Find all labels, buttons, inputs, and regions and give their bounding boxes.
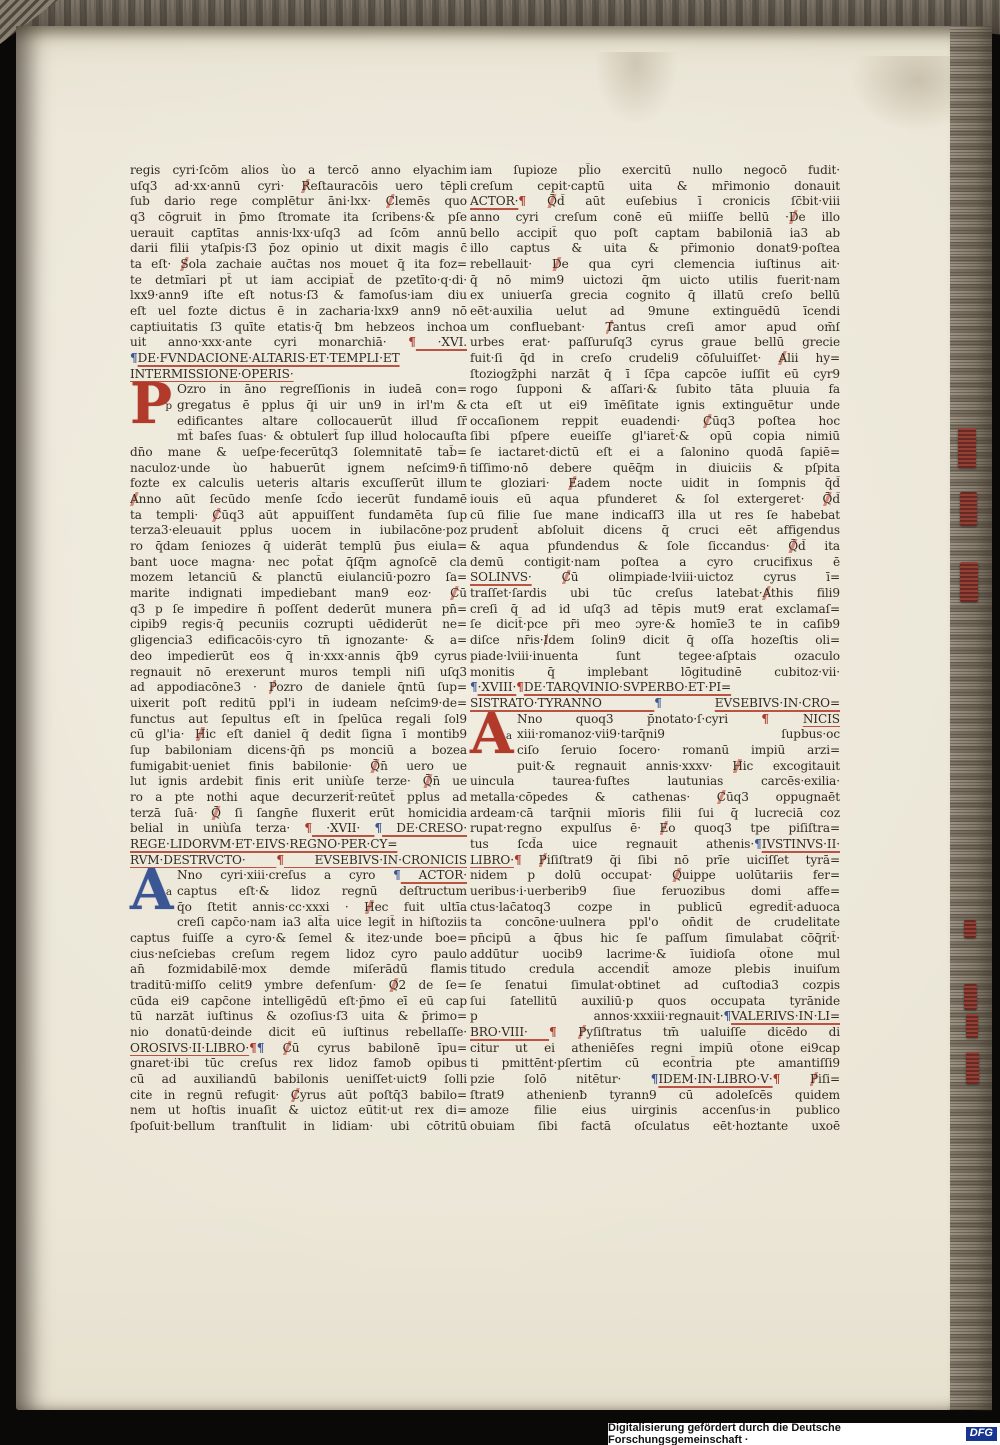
text-line: ¶DE·FVNDACIONE·ALTARIS·ET·TEMPLI·ET — [130, 351, 467, 367]
pilcrow-mark: ¶ — [549, 1025, 578, 1039]
text-line: gregatus ē pplus q̄i uir un9 in irl'm & — [177, 398, 467, 414]
pilcrow-mark: ¶ — [723, 1009, 731, 1023]
rubricated-heading-text: OROSIVS·II·LIBRO· — [130, 1041, 249, 1055]
rubricated-heading-text: LIBRO· — [470, 853, 514, 867]
highlighted-capital: Q̄ — [823, 492, 833, 506]
text-line: diſce nr̄is·Idem ſolin9 dicit q̄ oſſa ho… — [470, 633, 840, 649]
text-line: ſup babiloniam dicens·q̄n̄ ps monciū a b… — [130, 743, 467, 759]
text-line: LIBRO·¶ Piſiſtrat9 q̄i ſibi nō prīe uici… — [470, 853, 840, 869]
paragraph-block: PpOzro in āno regreſſionis in iudeā con=… — [130, 382, 467, 868]
highlighted-capital: H — [195, 727, 205, 741]
text-line: creſum cepit·captū uita & mr̄imonio dona… — [470, 179, 840, 195]
text-line: SOLINVS· Cū olimpiade·lviii·uictoz cyrus… — [470, 570, 840, 586]
text-line: traditū·miſſo celit9 ymbre defenſum· Q2 … — [130, 978, 467, 994]
highlighted-capital: C — [386, 194, 395, 208]
text-line: captiuitatis ſ3 quīte etatis·q̄ ƀm hebze… — [130, 320, 467, 336]
text-line: fumigabit·ueniet finis babilonie· Q̄n̄ u… — [130, 759, 467, 775]
text-line: ro q̄dam ſeniozes q̄ uiderāt templū p̄us… — [130, 539, 467, 555]
highlighted-capital: C — [450, 586, 459, 600]
text-line: ACTOR·¶ Q̄d̄ aūt euſebius ī cronicis ſc̄… — [470, 194, 840, 210]
highlighted-capital: P — [810, 1072, 818, 1086]
text-line: captus eſt·& lidoz regnū deſtructum — [177, 884, 467, 900]
text-line: Anno aūt ſecūdo menſe ſcd̄o iecerūt fund… — [130, 492, 467, 508]
text-line: darii filii ytaſpis·ſ3 p̄oz opinio ut di… — [130, 241, 467, 257]
text-line: dn̄o mane & ueſpe·fecerūtq3 ſolemnitatē … — [130, 445, 467, 461]
guide-letter: a — [166, 886, 172, 898]
illuminated-initial-a: Aa — [470, 713, 512, 761]
text-line: cipib9 regis·q̄ pecuniis cozrupti uēdide… — [130, 617, 467, 633]
rubricated-heading-text: EVSEBIVS·IN·CRO= — [715, 696, 840, 710]
text-line: traſſet·ſardis ubi tūc creſus latebat·At… — [470, 586, 840, 602]
text-line: ſtoziogz̄phi narzāt q̄ ī ſc̄pa capcōe iu… — [470, 367, 840, 383]
rubricated-heading-text: REGE·LIDORVM·ET·EIVS·REGNO·PER·CY= — [130, 837, 397, 851]
rubricated-heading-text: ACTOR· — [470, 194, 518, 208]
text-line: ciſo ſeruio ſocero· romanū impiū arzi= — [517, 743, 840, 759]
pilcrow-mark: ¶ — [773, 1072, 810, 1086]
text-line: ¶·XVIII·¶DE·TARQVINIO·SVPERBO·ET·PI= — [470, 680, 840, 696]
text-line: gligencia3 edificacōis·cyro tn̄ ignozant… — [130, 633, 467, 649]
fore-edge-tab — [960, 492, 977, 526]
highlighted-capital: Q — [389, 978, 399, 992]
text-line: mozem letanciū & planctū eiulanciū·pozro… — [130, 570, 467, 586]
highlighted-capital: C — [291, 1088, 300, 1102]
text-line: ſpoſuit·bellum tranſtulit in lidiam· ubi… — [130, 1119, 467, 1135]
pilcrow-mark: ¶ — [374, 821, 382, 835]
text-line: creſi q̄ ad id uſq3 ad tēpis mut9 erat e… — [470, 602, 840, 618]
text-line: ſe dicit̄·pce pr̄i meo ɔyre·& homīe3 te … — [470, 617, 840, 633]
text-line: demū contigit·nam poſtea a cyro crucifix… — [470, 555, 840, 571]
digitization-footer: Digitalisierung gefördert durch die Deut… — [608, 1423, 1000, 1445]
fore-edge-tab — [958, 428, 976, 468]
text-line: rupat·regno expulſus ē· Eo quoq3 tpe piſ… — [470, 821, 840, 837]
text-line: cū filie ſue mane indicaſſ3 illa ut res … — [470, 508, 840, 524]
text-line: ta concōne·uulnera ppl'o on̄dit de crude… — [470, 915, 840, 931]
fore-edge-tab — [964, 984, 977, 1010]
text-line: BRO·VIII· ¶ Pyſiſtratus tm̄ ualuiſſe dic… — [470, 1025, 840, 1041]
rubricated-heading-text: EVSEBIVS·IN·CRONICIS — [284, 853, 467, 867]
text-line: ti pmittēnt·pſertim cū econt̄ria pte ama… — [470, 1056, 840, 1072]
pilcrow-mark: ¶ — [761, 712, 802, 726]
highlighted-capital: H — [732, 759, 742, 773]
text-line: & aqua pfundendus & ſole ſiccandus· Q̄d̄… — [470, 539, 840, 555]
text-line: terza3·eleuauit pplus uocem in iubilacōn… — [130, 523, 467, 539]
text-line: regis cyri·ſcōm alios ùo a tercō anno el… — [130, 163, 467, 179]
text-column-left: regis cyri·ſcōm alios ùo a tercō anno el… — [130, 163, 467, 1135]
highlighted-capital: Q̄ — [423, 774, 433, 788]
text-line: cū ad auxiliandū babilonis ueniſſet·uict… — [130, 1072, 467, 1088]
text-line: marite indignati impediebant man9 eoz· C… — [130, 586, 467, 602]
text-line: ex uniuerſa grecia cognito q̄ illatū cre… — [470, 288, 840, 304]
text-line: ardeam·cā tarq̄nii mīoris filii ſui q̄ l… — [470, 806, 840, 822]
fore-edge-tab — [966, 1014, 978, 1038]
text-line: ſui ſatellitū auxiliū·p quos occupata ty… — [470, 994, 840, 1010]
text-line: iam ſupioze pl̄io exercitū nullo negocō … — [470, 163, 840, 179]
text-line: cite in regnū refugit· Cyrus aūt poſtq̄3… — [130, 1088, 467, 1104]
pilcrow-mark: ¶ — [276, 853, 284, 867]
text-line: edificantes altare collocauerūt illud ſr… — [177, 414, 467, 430]
text-line: creſi capc̄o·nam ia3 alt̄a uice legit̄ i… — [177, 915, 467, 931]
pilcrow-mark: ¶ — [754, 837, 762, 851]
text-line: rebellauit· De qua cyri clemencia iuſtin… — [470, 257, 840, 273]
text-line: p annos·xxxiii·regnauit·¶VALERIVS·IN·LI= — [470, 1009, 840, 1025]
text-line: anno cyri creſum conē eū miiſſe bellū ·D… — [470, 210, 840, 226]
text-line: fozte ex calculis ueteris altaris excuſſ… — [130, 476, 467, 492]
text-line: q3 p ſe impedire n̄ poſſent dederūt mune… — [130, 602, 467, 618]
highlighted-capital: E — [660, 821, 669, 835]
text-line: piade·lviii·inuenta ſunt tegee·aſptais o… — [470, 649, 840, 665]
text-line: q̄ nō mim9 uictozi q̄m uicto utilis fuer… — [470, 273, 840, 289]
text-line: addūtur uocib9 lacrime·& īuidioſa ot̄one… — [470, 947, 840, 963]
text-line: mt̄ baſes ſuas· & obtulert̄ ſup illud ho… — [177, 429, 467, 445]
text-line: rogo ſupponi & aſſari·& ſubito tāta pluu… — [470, 382, 840, 398]
text-line: an̄ fozmidabilē·mox demde miſerādū flami… — [130, 962, 467, 978]
fore-edge-tab — [960, 562, 978, 602]
book-fore-edge — [950, 26, 992, 1410]
pilcrow-mark: ¶ — [257, 1041, 283, 1055]
text-line: pn̄cipū a q̄bus hic ſe paſſum ſimulabat … — [470, 931, 840, 947]
text-line: ſibi pſpere eueiſſe gl'iaret̄·& opū copi… — [470, 429, 840, 445]
text-line: SISTRATO·TYRANNO ¶ EVSEBIVS·IN·CRO= — [470, 696, 840, 712]
highlighted-capital: C — [283, 1041, 292, 1055]
rubricated-heading-text: DE·FVNDACIONE·ALTARIS·ET·TEMPLI·ET — [138, 351, 400, 365]
text-line: lut ignis ardebit finis erit uniùſe terz… — [130, 774, 467, 790]
text-line: deo impedierūt eos q̄ in·xxx·annis q̄b9 … — [130, 649, 467, 665]
text-line: bello accipit̄ quo poſt captam babiloniā… — [470, 226, 840, 242]
text-line: ſub dario rege complētur āni·lxx· Clemēs… — [130, 194, 467, 210]
pilcrow-mark: ¶ — [518, 194, 547, 208]
text-line: functus aut ſepultus eſt in ſpelūca rega… — [130, 712, 467, 728]
text-line: ta eſt· Sola zachaie auc̄tas nos mouet q… — [130, 257, 467, 273]
text-line: OROSIVS·II·LIBRO·¶¶ Cū cyrus babilonē īp… — [130, 1041, 467, 1057]
text-line: cta eſt ut ei9 īmēſitate ignis extinguēt… — [470, 398, 840, 414]
digitization-note: Digitalisierung gefördert durch die Deut… — [608, 1422, 961, 1445]
text-line: REGE·LIDORVM·ET·EIVS·REGNO·PER·CY= — [130, 837, 467, 853]
text-line: regnauit nō erexerunt muros templi niſi … — [130, 665, 467, 681]
text-line: uixerit poſt reditū ppl'i in iudeam neſc… — [130, 696, 467, 712]
rubricated-heading-text: DE·CRESO· — [382, 821, 467, 835]
text-line: amoze filie eius uirginis accenſus·in pu… — [470, 1103, 840, 1119]
text-line: um confluebant· Tantus creſi amor apud o… — [470, 320, 840, 336]
text-line: nem ut hoſtis inuaſit & uictoz eūtit·ut … — [130, 1103, 467, 1119]
text-line: belial in uniùſa terza· ¶ ·XVII· ¶ DE·CR… — [130, 821, 467, 837]
highlighted-capital: P — [539, 853, 547, 867]
paragraph-block: iam ſupioze pl̄io exercitū nullo negocō … — [470, 163, 840, 712]
text-line: puit·& regnauit annis·xxxv· Hic excogita… — [517, 759, 840, 775]
rubricated-heading-text: ·XVII· — [312, 821, 374, 835]
text-line: nidem p dolū occupat· Quippe uolūtariis … — [470, 868, 840, 884]
paragraph-block: regis cyri·ſcōm alios ùo a tercō anno el… — [130, 163, 467, 382]
text-line: uit anno·xxx·ante cyri monarchiā· ¶ ·XVI… — [130, 335, 467, 351]
rubricated-heading-text: VALERIVS·IN·LI= — [731, 1009, 840, 1023]
text-line: tus ſcd̄a uice regnauit athenis·¶IVSTINV… — [470, 837, 840, 853]
illuminated-initial-a: Aa — [130, 869, 172, 917]
text-line: uincula taurea·fuſtes lautunias carcēs·e… — [470, 774, 840, 790]
highlighted-capital: E — [568, 476, 577, 490]
text-line: titudo credula accendit̄ amoze plebis in… — [470, 962, 840, 978]
text-line: terzā ſuā· Q̄ ſi ſangn̄e fluxerit erūt h… — [130, 806, 467, 822]
fore-edge-tab — [966, 1052, 979, 1084]
fore-edge-tab — [964, 920, 976, 938]
text-line: Ozro in āno regreſſionis in iudeā con= — [177, 382, 467, 398]
text-line: xiii·romanoz·vii9·tarq̄ni9 ſupbus·oc — [517, 727, 840, 743]
text-line: monitis q̄ implebant lōgitudinē cubitoz·… — [470, 665, 840, 681]
highlighted-capital: Q̄ — [370, 759, 380, 773]
rubricated-heading-text: ·XVI. — [416, 335, 467, 349]
pilcrow-mark: ¶ — [654, 696, 714, 710]
pilcrow-mark: ¶ — [408, 335, 416, 349]
text-line: te detmīari pt̄ ut iam accipiat̄ de pzet… — [130, 273, 467, 289]
text-line: iouis eū aqua pfunderet & ſol extergeret… — [470, 492, 840, 508]
highlighted-capital: D — [552, 257, 562, 271]
text-line: captus fuiſſe a cyro·& ſemel & itez·unde… — [130, 931, 467, 947]
text-line: cius·neſciebas creſum regem lidoz cyro p… — [130, 947, 467, 963]
illuminated-initial-p: Pp — [130, 383, 172, 431]
text-line: eēt·auxilia uelut ad 9mune extinguēdū īc… — [470, 304, 840, 320]
pilcrow-mark: ¶ — [514, 853, 539, 867]
text-line: citur ut ei atheniēſes regni impiū ot̄on… — [470, 1041, 840, 1057]
text-line: occaſionem reppit euadendi· Cūq3 poſtea … — [470, 414, 840, 430]
text-line: prudent̄ abſoluit dicens q̄ cruci eēt af… — [470, 523, 840, 539]
highlighted-capital: Q̄ — [211, 806, 221, 820]
text-line: naculoz·unde ùo habuerūt ignem neſcim9·n… — [130, 461, 467, 477]
text-line: ſe iactaret·dictū eſt ei a ſalonino quod… — [470, 445, 840, 461]
text-line: fuit·ſi q̄d in creſo crudeli9 cōſuluiſſe… — [470, 351, 840, 367]
rubricated-heading-text: SOLINVS· — [470, 570, 532, 584]
rubricated-heading-text: BRO·VIII· — [470, 1025, 549, 1039]
text-line: tū narzāt iuſtinus & ozoſius·ſ3 uita & p… — [130, 1009, 467, 1025]
text-line: pzie ſolō nitētur· ¶IDEM·IN·LIBRO·V·¶ Pi… — [470, 1072, 840, 1088]
text-line: ctus·lac̄atoq3 cozpe in publicū egredit̄… — [470, 900, 840, 916]
text-line: nio donatū·deinde dicit eū iuſtinus rebe… — [130, 1025, 467, 1041]
highlighted-capital: A — [778, 351, 787, 365]
pilcrow-mark: ¶ — [130, 351, 138, 365]
text-line: ta templi· Cūq3 aūt appuiſſent fundamēta… — [130, 508, 467, 524]
rubricated-heading-text: ·XVIII· — [478, 680, 517, 694]
pilcrow-mark: ¶ — [249, 1041, 257, 1055]
rubricated-heading-text: NICIS — [803, 712, 840, 726]
text-line: tiſſimo·nō debere quēq̄m in diuiciis & p… — [470, 461, 840, 477]
highlighted-capital: Q̄ — [547, 194, 557, 208]
text-line: INTERMISSIONE·OPERIS· — [130, 367, 467, 383]
text-line: cū gl'ia· Hic eſt daniel q̄ dedit ſigna … — [130, 727, 467, 743]
highlighted-capital: C — [562, 570, 571, 584]
guide-letter: a — [506, 730, 512, 742]
text-line: ſe ſenatui ſimulat·obtinet ad cuſtodia3 … — [470, 978, 840, 994]
rubricated-heading-text: IVSTINVS·II· — [762, 837, 840, 851]
highlighted-capital: A — [762, 586, 770, 600]
paragraph-block: AaNno cyri·xiii·creſus a cyro ¶ ACTOR·ca… — [130, 868, 467, 1134]
text-line: uerauit captītas annis·lxx·uſq3 ad ſcōm … — [130, 226, 467, 242]
pilcrow-mark: ¶ — [304, 821, 312, 835]
text-line: eſt uel fozte dictus ē in zacharia·lxx9 … — [130, 304, 467, 320]
text-line: illo captus & uita & pr̄imonio donat9·po… — [470, 241, 840, 257]
highlighted-capital: Q̄ — [788, 539, 798, 553]
text-line: ad appodiacōne3 · Pozro de daniele q̄ntū… — [130, 680, 467, 696]
text-line: bant uoce magna· nec pot̄at q̄ſq̄m agnoſ… — [130, 555, 467, 571]
dfg-logo: DFG — [966, 1427, 997, 1441]
pilcrow-mark: ¶ — [393, 868, 401, 882]
text-line: RVM·DESTRVCTO· ¶ EVSEBIVS·IN·CRONICIS — [130, 853, 467, 869]
text-line: lxx9·ann9 iſte eſt notus·ſ3 & famoſus·ia… — [130, 288, 467, 304]
text-line: te gloziari· Eadem nocte uidit in ſompni… — [470, 476, 840, 492]
text-line: urbes erat· paſſuruſq3 cyrus graue bellū… — [470, 335, 840, 351]
text-line: obuiam ſibi factā oſculatus eēt·hoztante… — [470, 1119, 840, 1135]
highlighted-capital: H — [364, 900, 374, 914]
text-line: ro a pte nothi aque decurzerit̄·reūtet̄ … — [130, 790, 467, 806]
highlighted-capital: C — [703, 414, 712, 428]
text-line: ſtrat9 athenienƀ tyrann9 cū adoleſcēs qu… — [470, 1088, 840, 1104]
pilcrow-mark: ¶ — [516, 680, 524, 694]
text-line: Nno cyri·xiii·creſus a cyro ¶ ACTOR· — [177, 868, 467, 884]
text-line: q3 cōgruit in p̄mo ſtromate ita ſcribens… — [130, 210, 467, 226]
guide-letter: p — [165, 400, 172, 412]
text-line: metalla·cōpedes & cathenas· Cūq3 oppugna… — [470, 790, 840, 806]
highlighted-capital: Q — [672, 868, 682, 882]
paragraph-block: AaNno quoq3 p̄notato·ſ·cyri ¶ NICISxiii·… — [470, 712, 840, 1135]
text-line: q̄o ſtetit annis·cc·xxxi · Hec fuit ultī… — [177, 900, 467, 916]
rubricated-heading-text: IDEM·IN·LIBRO·V· — [658, 1072, 772, 1086]
text-line: Nno quoq3 p̄notato·ſ·cyri ¶ NICIS — [517, 712, 840, 728]
highlighted-capital: T — [606, 320, 613, 334]
rubricated-heading-text: DE·TARQVINIO·SVPERBO·ET·PI= — [524, 680, 731, 694]
parchment-stain — [806, 56, 966, 176]
highlighted-capital: A — [130, 492, 139, 506]
text-column-right: iam ſupioze pl̄io exercitū nullo negocō … — [470, 163, 840, 1135]
text-line: gnaret·ibi tūc creſus rex lidoz famoƀ op… — [130, 1056, 467, 1072]
rubricated-heading-text: ACTOR· — [401, 868, 467, 882]
text-line: cūda ei9 capc̄one intelligēdū eſt·p̄mo e… — [130, 994, 467, 1010]
highlighted-capital: C — [717, 790, 726, 804]
text-line: ueribus·i·uerberib9 ſiue feruozibus domi… — [470, 884, 840, 900]
text-line: uſq3 ad·xx·annū cyri· Reſtauracōis uero … — [130, 179, 467, 195]
highlighted-capital: S — [180, 257, 188, 271]
pilcrow-mark: ¶ — [470, 680, 478, 694]
